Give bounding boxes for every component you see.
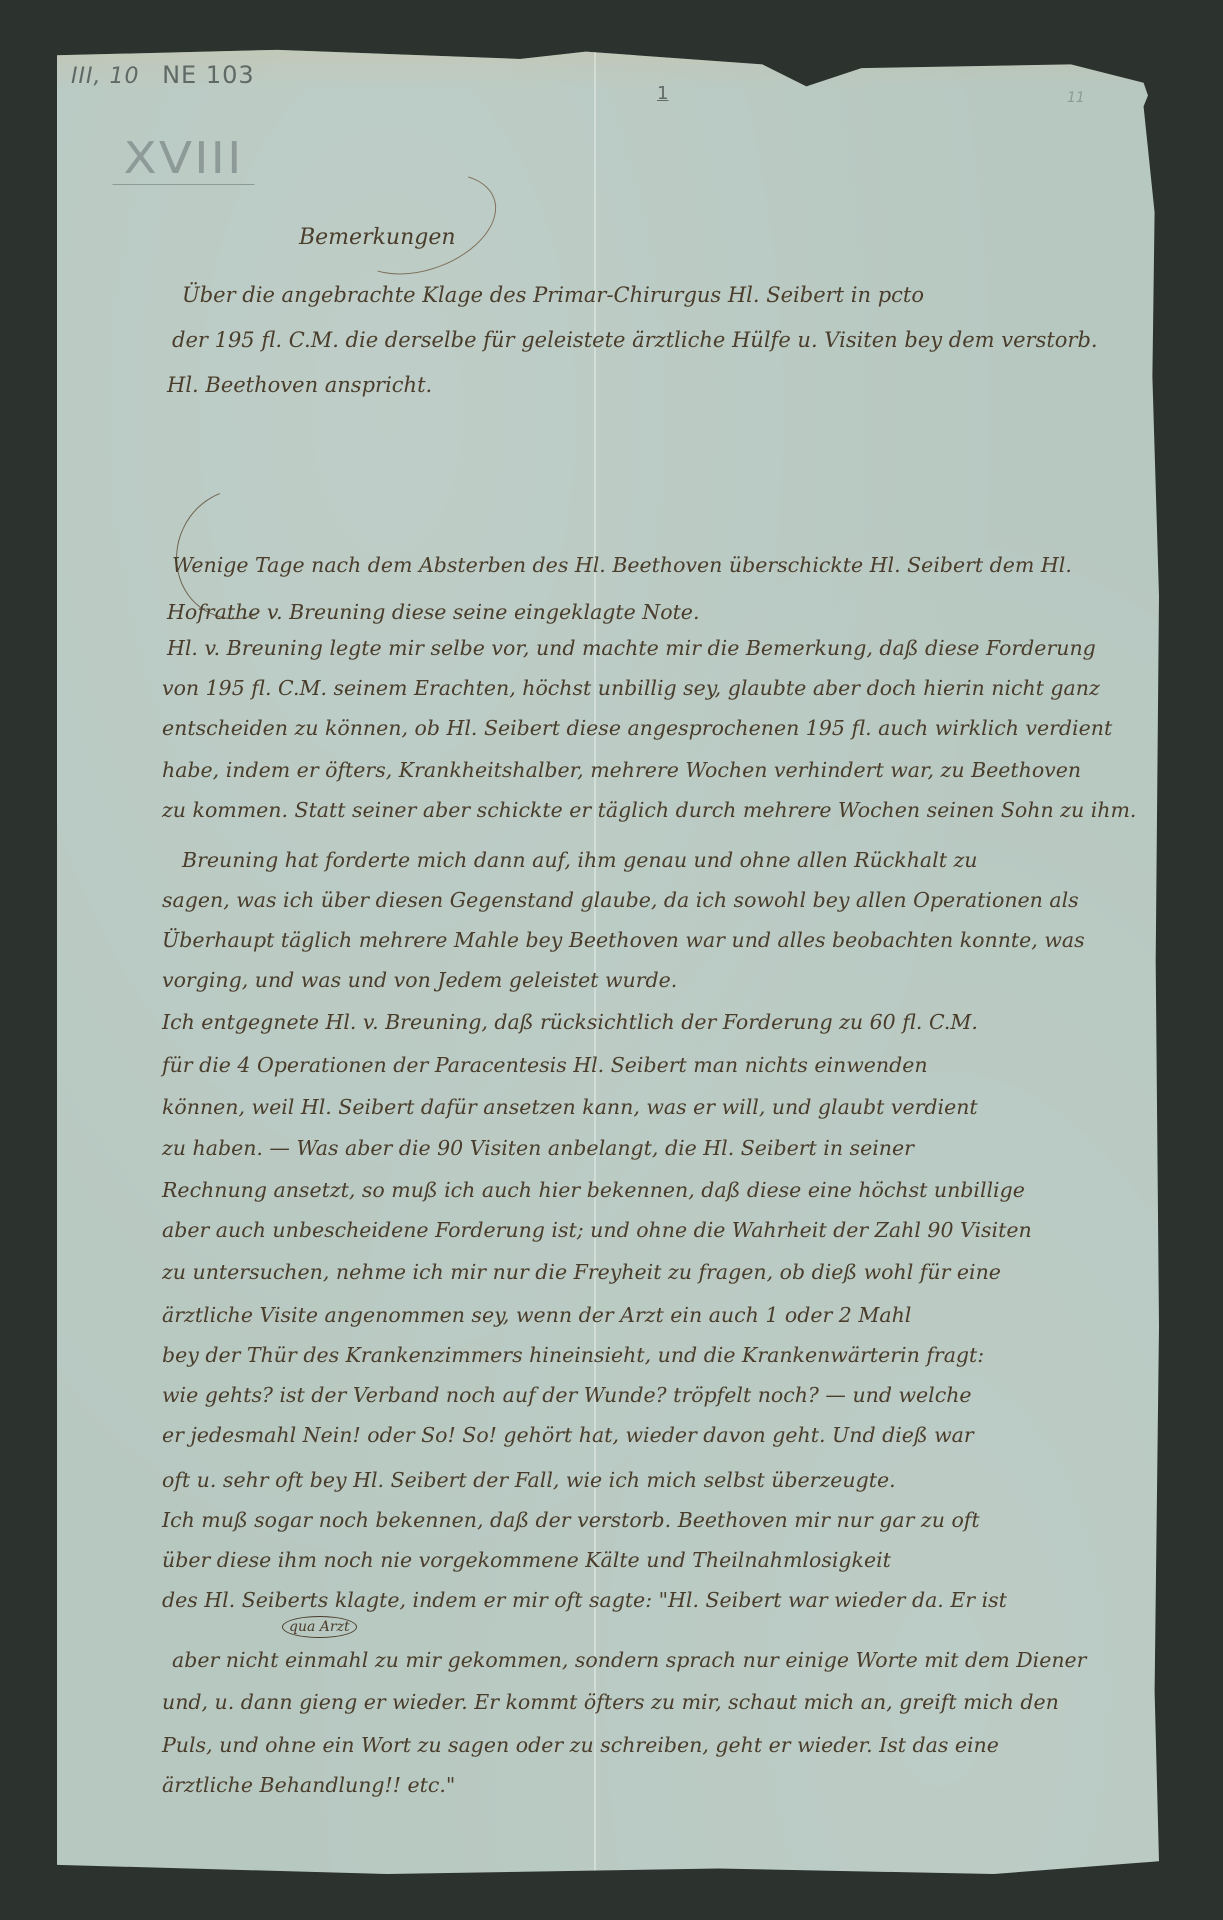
body-line: zu haben. — Was aber die 90 Visiten anbe… xyxy=(162,1136,914,1160)
title-flourish xyxy=(336,155,510,293)
body-line: können, weil Hl. Seibert dafür ansetzen … xyxy=(162,1095,978,1119)
body-line: wie gehts? ist der Verband noch auf der … xyxy=(162,1383,972,1407)
corner-pencil-mark: 11 xyxy=(1067,90,1085,106)
body-line: Überhaupt täglich mehrere Mahle bey Beet… xyxy=(162,928,1085,952)
body-line: Hl. v. Breuning legte mir selbe vor, und… xyxy=(167,636,1096,660)
roman-numeral-mark: XVIII xyxy=(113,133,255,185)
heading-line-2: der 195 fl. C.M. die derselbe für geleis… xyxy=(172,328,1098,352)
body-line: Breuning hat forderte mich dann auf, ihm… xyxy=(182,848,977,872)
body-line: zu untersuchen, nehme ich mir nur die Fr… xyxy=(162,1260,1001,1284)
marginal-insert-circled: qua Arzt xyxy=(282,1616,357,1635)
body-line: über diese ihm noch nie vorgekommene Käl… xyxy=(162,1548,891,1572)
body-line: für die 4 Operationen der Paracentesis H… xyxy=(162,1053,928,1077)
body-line: Ich muß sogar noch bekennen, daß der ver… xyxy=(162,1508,980,1532)
body-line: und, u. dann gieng er wieder. Er kommt ö… xyxy=(162,1690,1059,1714)
body-line: aber nicht einmahl zu mir gekommen, sond… xyxy=(172,1648,1086,1672)
heading-line-1: Über die angebrachte Klage des Primar-Ch… xyxy=(182,283,924,307)
archival-shelfmark: III, 10 NE 103 xyxy=(71,61,255,89)
body-line: von 195 fl. C.M. seinem Erachten, höchst… xyxy=(162,676,1100,700)
body-line: ärztliche Visite angenommen sey, wenn de… xyxy=(162,1303,911,1327)
body-line: Ich entgegnete Hl. v. Breuning, daß rück… xyxy=(162,1010,978,1034)
document-title: Bemerkungen xyxy=(299,225,456,250)
body-line: habe, indem er öfters, Krankheitshalber,… xyxy=(162,758,1081,782)
body-line: entscheiden zu können, ob Hl. Seibert di… xyxy=(162,716,1112,740)
body-line: des Hl. Seiberts klagte, indem er mir of… xyxy=(162,1588,1007,1612)
body-line: bey der Thür des Krankenzimmers hineinsi… xyxy=(162,1343,984,1367)
shelfmark-prefix: III, 10 xyxy=(71,64,139,89)
body-line: vorging, und was und von Jedem geleistet… xyxy=(162,968,677,992)
body-line: aber auch unbescheidene Forderung ist; u… xyxy=(162,1218,1032,1242)
body-line: Rechnung ansetzt, so muß ich auch hier b… xyxy=(162,1178,1025,1202)
body-line: Wenige Tage nach dem Absterben des Hl. B… xyxy=(172,553,1072,577)
body-line: er jedesmahl Nein! oder So! So! gehört h… xyxy=(162,1423,974,1447)
body-line: ärztliche Behandlung!! etc." xyxy=(162,1773,455,1797)
heading-line-3: Hl. Beethoven anspricht. xyxy=(167,373,432,397)
body-line: Hofrathe v. Breuning diese seine eingekl… xyxy=(167,600,699,624)
body-line: oft u. sehr oft bey Hl. Seibert der Fall… xyxy=(162,1468,896,1492)
page-number: 1 xyxy=(657,83,668,104)
manuscript-page: III, 10 NE 103 XVIII 1 11 Bemerkungen Üb… xyxy=(57,48,1159,1874)
body-line: sagen, was ich über diesen Gegenstand gl… xyxy=(162,888,1079,912)
shelfmark-number: NE 103 xyxy=(162,61,255,89)
body-line: Puls, und ohne ein Wort zu sagen oder zu… xyxy=(162,1733,999,1757)
body-line: zu kommen. Statt seiner aber schickte er… xyxy=(162,798,1136,822)
